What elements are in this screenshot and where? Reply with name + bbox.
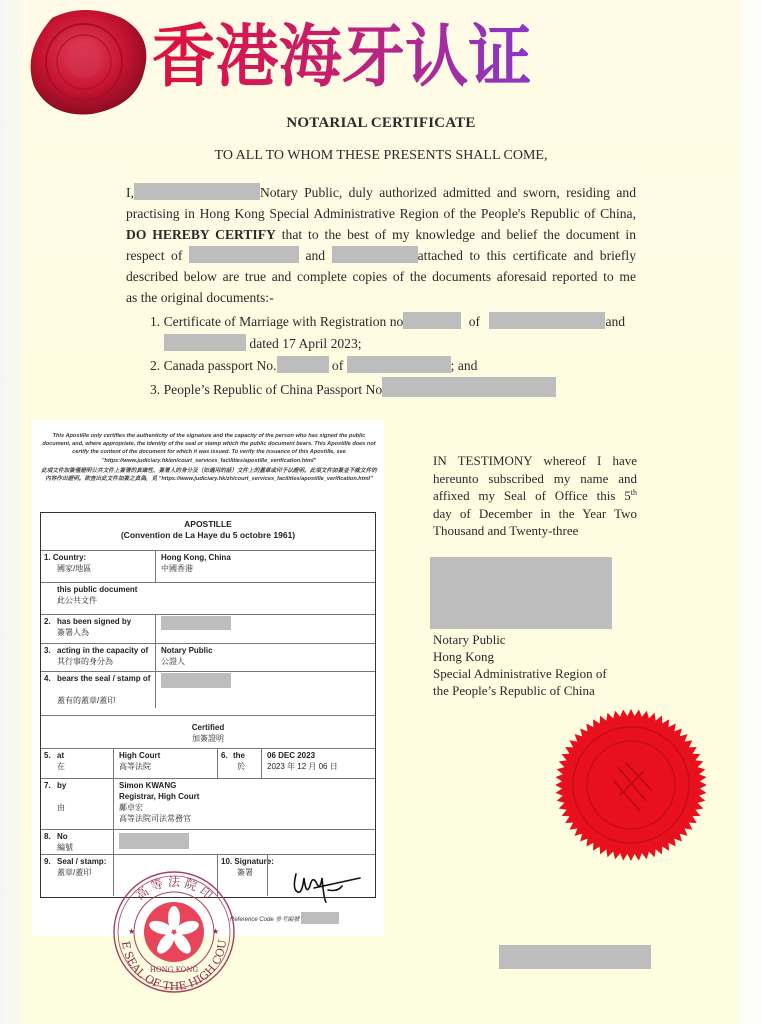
item-text: dated 17 April 2023;: [249, 336, 361, 351]
redacted-apostille-no: [119, 833, 189, 849]
para-text: Notary Public, duly authorized admitted …: [260, 185, 636, 200]
svg-text:高 等 法 院 印: 高 等 法 院 印: [132, 874, 214, 903]
registrar-title-zh: 高等法院司法常務官: [119, 814, 191, 825]
para-text: respect of: [126, 248, 182, 263]
para-text: described below are true and complete co…: [126, 269, 636, 284]
at-value-zh: 高等法院: [119, 762, 151, 773]
testimony-line: Thousand and Twenty-three: [433, 522, 637, 540]
reference-code-label: Reference Code 參考編號: [230, 917, 299, 923]
testimony-clause: IN TESTIMONY whereof I have hereunto sub…: [433, 452, 637, 540]
notary-red-seal-icon: [556, 705, 706, 865]
banner-title: 香港海牙认证: [152, 18, 531, 98]
certificate-heading: NOTARIAL CERTIFICATE: [0, 115, 762, 132]
item-number: 3.: [150, 382, 160, 397]
certify-emphasis: DO HEREBY CERTIFY: [126, 227, 276, 242]
capacity-value: Notary Public: [161, 646, 213, 657]
signatory-line: Special Administrative Region of: [433, 665, 607, 682]
apostille-note: This Apostille only certifies the authen…: [40, 432, 378, 483]
redacted-owner: [489, 312, 605, 329]
redacted-party-1: [189, 246, 299, 263]
redacted-registration-no: [403, 312, 461, 329]
high-court-seal-icon: THE SEAL OF THE HIGH COURT 高 等 法 院 印 HON…: [110, 868, 238, 998]
the-label-zh: 於: [237, 762, 245, 773]
testimony-line: day of December in the Year Two: [433, 505, 637, 523]
reference-code: Reference Code 參考編號: [230, 912, 339, 924]
item-number: 1.: [150, 314, 160, 329]
redacted-party-2: [332, 246, 418, 263]
signature-label: 10. Signature:: [221, 857, 274, 868]
signatory-line: the People’s Republic of China: [433, 682, 607, 699]
at-label: at: [57, 751, 64, 762]
registrar-title: Registrar, High Court: [119, 792, 199, 803]
capacity-value-zh: 公證人: [161, 657, 185, 668]
no-label: No: [57, 832, 68, 843]
signatory-line: Hong Kong: [433, 648, 607, 665]
public-doc-label: this public document: [57, 585, 137, 596]
svg-text:★: ★: [128, 927, 135, 936]
para-text: and: [305, 248, 325, 263]
para-text: I,: [126, 185, 134, 200]
list-item: 1. Certificate of Marriage with Registra…: [150, 311, 640, 333]
item-text: of: [469, 314, 480, 329]
seal-of-label-zh: 蓋有的蓋章/蓋印: [57, 696, 115, 707]
list-item: 2. Canada passport No. of ; and: [150, 355, 640, 377]
redacted-reference-code: [301, 912, 339, 924]
para-text: attached to this certificate and briefly: [418, 248, 636, 263]
signature-label-zh: 簽署: [237, 868, 253, 879]
item-text: and: [605, 314, 625, 329]
document-list: 1. Certificate of Marriage with Registra…: [150, 311, 640, 399]
item-text: ; and: [451, 358, 478, 373]
testimony-line: IN TESTIMONY whereof I have: [433, 452, 637, 470]
seal-stamp-label-zh: 蓋章/蓋印: [57, 868, 91, 879]
date-value-zh: 2023 年 12 月 06 日: [267, 762, 338, 773]
redacted-prc-passport: [382, 377, 556, 397]
svg-text:★: ★: [212, 927, 219, 936]
para-text: as the original documents:-: [126, 290, 274, 305]
redacted-owner-2: [164, 334, 246, 351]
apostille-document: This Apostille only certifies the authen…: [32, 420, 384, 936]
redacted-footer: [499, 945, 651, 969]
public-doc-label-zh: 此公共文件: [57, 596, 97, 607]
para-text: practising in Hong Kong Special Administ…: [126, 206, 636, 221]
list-item-continuation: dated 17 April 2023;: [150, 333, 640, 355]
item-text: Canada passport No.: [164, 358, 277, 373]
signed-by-label-zh: 簽署人為: [57, 628, 89, 639]
the-label: the: [233, 751, 245, 762]
testimony-line: affixed my Seal of Office this 5: [433, 488, 631, 503]
capacity-label-zh: 其行事的身分為: [57, 657, 113, 668]
redacted-passport-no: [277, 356, 329, 373]
capacity-label: acting in the capacity of: [57, 646, 148, 657]
seal-stamp-label: Seal / stamp:: [57, 857, 106, 868]
item-text: People’s Republic of China Passport No: [164, 382, 383, 397]
registrar-name-zh: 鄺卓宏: [119, 803, 143, 814]
country-label-zh: 國家/地區: [57, 564, 91, 575]
seal-of-label: bears the seal / stamp of: [57, 674, 150, 685]
notary-signatory-block: Notary Public Hong Kong Special Administ…: [433, 631, 607, 699]
apostille-convention: (Convention de La Haye du 5 octobre 1961…: [41, 530, 375, 541]
apostille-note-zh: 此項文件加簽僅證明公共文件上簽署的真確性、簽署人的身分及（如適用的話）文件上的蓋…: [40, 467, 378, 483]
item-number: 2.: [150, 358, 160, 373]
at-label-zh: 在: [57, 762, 65, 773]
redacted-signer: [161, 616, 231, 630]
signature-icon: [288, 866, 364, 906]
date-value: 06 DEC 2023: [267, 751, 315, 762]
at-value: High Court: [119, 751, 160, 762]
country-value: Hong Kong, China: [161, 553, 231, 564]
ordinal-suffix: th: [631, 488, 637, 497]
certified-label-zh: 加簽證明: [41, 734, 375, 745]
by-label-zh: 由: [57, 803, 65, 814]
list-item: 3. People’s Republic of China Passport N…: [150, 377, 640, 399]
country-value-zh: 中國香港: [161, 564, 193, 575]
wax-seal-icon: [22, 6, 150, 116]
certified-label: Certified: [41, 723, 375, 734]
redacted-seal-of: [161, 673, 231, 688]
certification-paragraph: I,Notary Public, duly authorized admitte…: [126, 182, 636, 308]
redacted-notary-name: [134, 183, 260, 200]
signatory-line: Notary Public: [433, 631, 607, 648]
registrar-name: Simon KWANG: [119, 781, 176, 792]
apostille-title: APOSTILLE: [41, 519, 375, 530]
country-label: 1. Country:: [44, 553, 86, 564]
testimony-line: hereunto subscribed my name and: [433, 470, 637, 488]
signed-by-label: has been signed by: [57, 617, 131, 628]
redacted-notary-signature: [430, 557, 612, 629]
by-label: by: [57, 781, 66, 792]
no-label-zh: 編號: [57, 843, 73, 854]
item-text: Certificate of Marriage with Registratio…: [164, 314, 404, 329]
redacted-passport-holder: [347, 356, 451, 373]
apostille-note-en: This Apostille only certifies the authen…: [40, 432, 378, 465]
para-text: that to the best of my knowledge and bel…: [282, 227, 636, 242]
apostille-table: APOSTILLE (Convention de La Haye du 5 oc…: [40, 512, 376, 898]
item-text: of: [332, 358, 343, 373]
certificate-salutation: TO ALL TO WHOM THESE PRESENTS SHALL COME…: [0, 148, 762, 164]
svg-text:HONG KONG: HONG KONG: [150, 966, 199, 974]
